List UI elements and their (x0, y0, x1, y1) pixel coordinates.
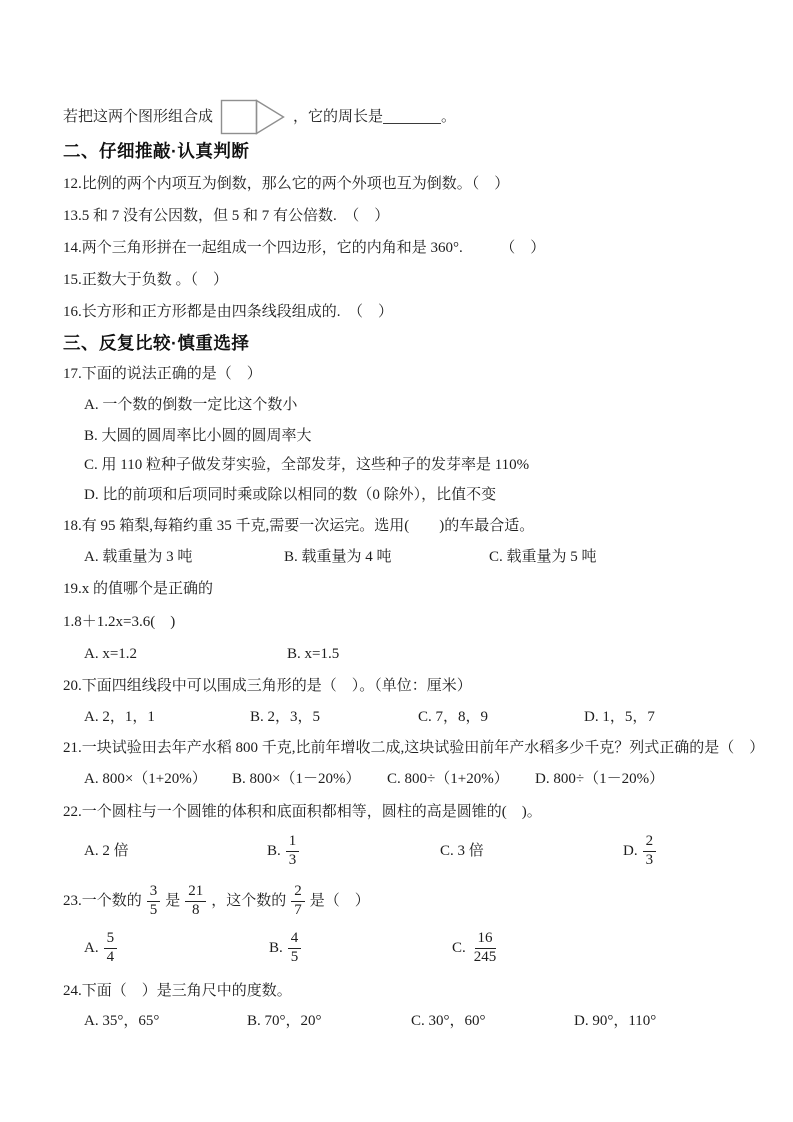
q23-option-b: B. 4 5 (269, 924, 306, 972)
q21-option-b: B. 800×（1－20%） (232, 769, 360, 789)
judge-item-15: 15.正数大于负数 。（ ） (63, 270, 228, 290)
q21-option-c: C. 800÷（1+20%） (387, 769, 509, 789)
q22-option-b: B. 1 3 (267, 828, 304, 874)
q17-stem: 17.下面的说法正确的是（ ） (63, 364, 262, 384)
q22-option-c: C. 3 倍 (440, 828, 484, 874)
fill-question-period: 。 (441, 107, 456, 127)
q20-option-b: B. 2，3，5 (250, 707, 320, 727)
q23-option-a: A. 5 4 (84, 924, 122, 972)
q19-option-b: B. x=1.5 (287, 644, 339, 664)
q19-stem: 19.x 的值哪个是正确的 (63, 579, 213, 599)
q18-option-a: A. 载重量为 3 吨 (84, 547, 192, 567)
fraction: 1 3 (286, 833, 300, 869)
q20-option-a: A. 2，1，1 (84, 707, 155, 727)
section-judge-heading: 二、仔细推敲·认真判断 (63, 140, 249, 162)
q21-stem: 21.一块试验田去年产水稻 800 千克,比前年增收二成,这块试验田前年产水稻多… (63, 738, 764, 758)
fraction: 5 4 (104, 930, 118, 966)
q22-stem: 22.一个圆柱与一个圆锥的体积和底面积都相等，圆柱的高是圆锥的( )。 (63, 802, 542, 822)
q22-option-d: D. 2 3 (623, 828, 661, 874)
q17-option-b: B. 大圆的圆周率比小圆的圆周率大 (84, 426, 312, 446)
fill-question-line: 若把这两个图形组合成 ，它的周长是 。 (63, 96, 456, 138)
q17-option-d: D. 比的前项和后项同时乘或除以相同的数（0 除外），比值不变 (84, 485, 496, 505)
fill-question-suffix: ，它的周长是 (293, 107, 383, 127)
fraction: 2 3 (643, 833, 657, 869)
fraction: 21 8 (185, 883, 206, 919)
q21-option-a: A. 800×（1+20%） (84, 769, 207, 789)
q24-option-a: A. 35°，65° (84, 1011, 159, 1031)
q20-stem: 20.下面四组线段中可以围成三角形的是（ ）。（单位：厘米） (63, 676, 472, 696)
fraction: 2 7 (291, 883, 305, 919)
answer-blank (383, 122, 441, 124)
square-triangle-shape-icon (220, 97, 286, 137)
q23-option-c: C. 16 245 (452, 924, 504, 972)
q23-stem: 23.一个数的 3 5 是 21 8 ，这个数的 2 7 是（ ） (63, 878, 370, 924)
q24-option-c: C. 30°，60° (411, 1011, 486, 1031)
q18-option-c: C. 载重量为 5 吨 (489, 547, 597, 567)
q18-stem: 18.有 95 箱梨,每箱约重 35 千克,需要一次运完。选用( )的车最合适。 (63, 516, 534, 536)
judge-item-12: 12.比例的两个内项互为倒数，那么它的两个外项也互为倒数。（ ） (63, 174, 509, 194)
exam-page: 若把这两个图形组合成 ，它的周长是 。 二、仔细推敲·认真判断 12.比例的两个… (0, 0, 793, 1122)
q22-option-a: A. 2 倍 (84, 828, 129, 874)
q24-option-b: B. 70°，20° (247, 1011, 322, 1031)
q17-option-a: A. 一个数的倒数一定比这个数小 (84, 395, 297, 415)
fill-question-prefix: 若把这两个图形组合成 (63, 107, 213, 127)
judge-item-14: 14.两个三角形拼在一起组成一个四边形，它的内角和是 360°. （ ） (63, 238, 545, 258)
section-choice-heading: 三、反复比较·慎重选择 (63, 332, 249, 354)
q17-option-c: C. 用 110 粒种子做发芽实验，全部发芽，这些种子的发芽率是 110% (84, 455, 529, 475)
q20-option-d: D. 1，5，7 (584, 707, 655, 727)
fraction: 3 5 (147, 883, 161, 919)
judge-item-16: 16.长方形和正方形都是由四条线段组成的. （ ） (63, 302, 393, 322)
q20-option-c: C. 7，8，9 (418, 707, 488, 727)
fraction: 4 5 (288, 930, 302, 966)
judge-item-13: 13.5 和 7 没有公因数，但 5 和 7 有公倍数. （ ） (63, 206, 389, 226)
q18-option-b: B. 载重量为 4 吨 (284, 547, 392, 567)
q19-option-a: A. x=1.2 (84, 644, 137, 664)
q21-option-d: D. 800÷（1－20%） (535, 769, 664, 789)
q19-equation: 1.8＋1.2x=3.6( ) (63, 612, 175, 632)
q24-option-d: D. 90°，110° (574, 1011, 656, 1031)
fraction: 16 245 (471, 930, 500, 966)
q24-stem: 24.下面（ ）是三角尺中的度数。 (63, 981, 292, 1001)
